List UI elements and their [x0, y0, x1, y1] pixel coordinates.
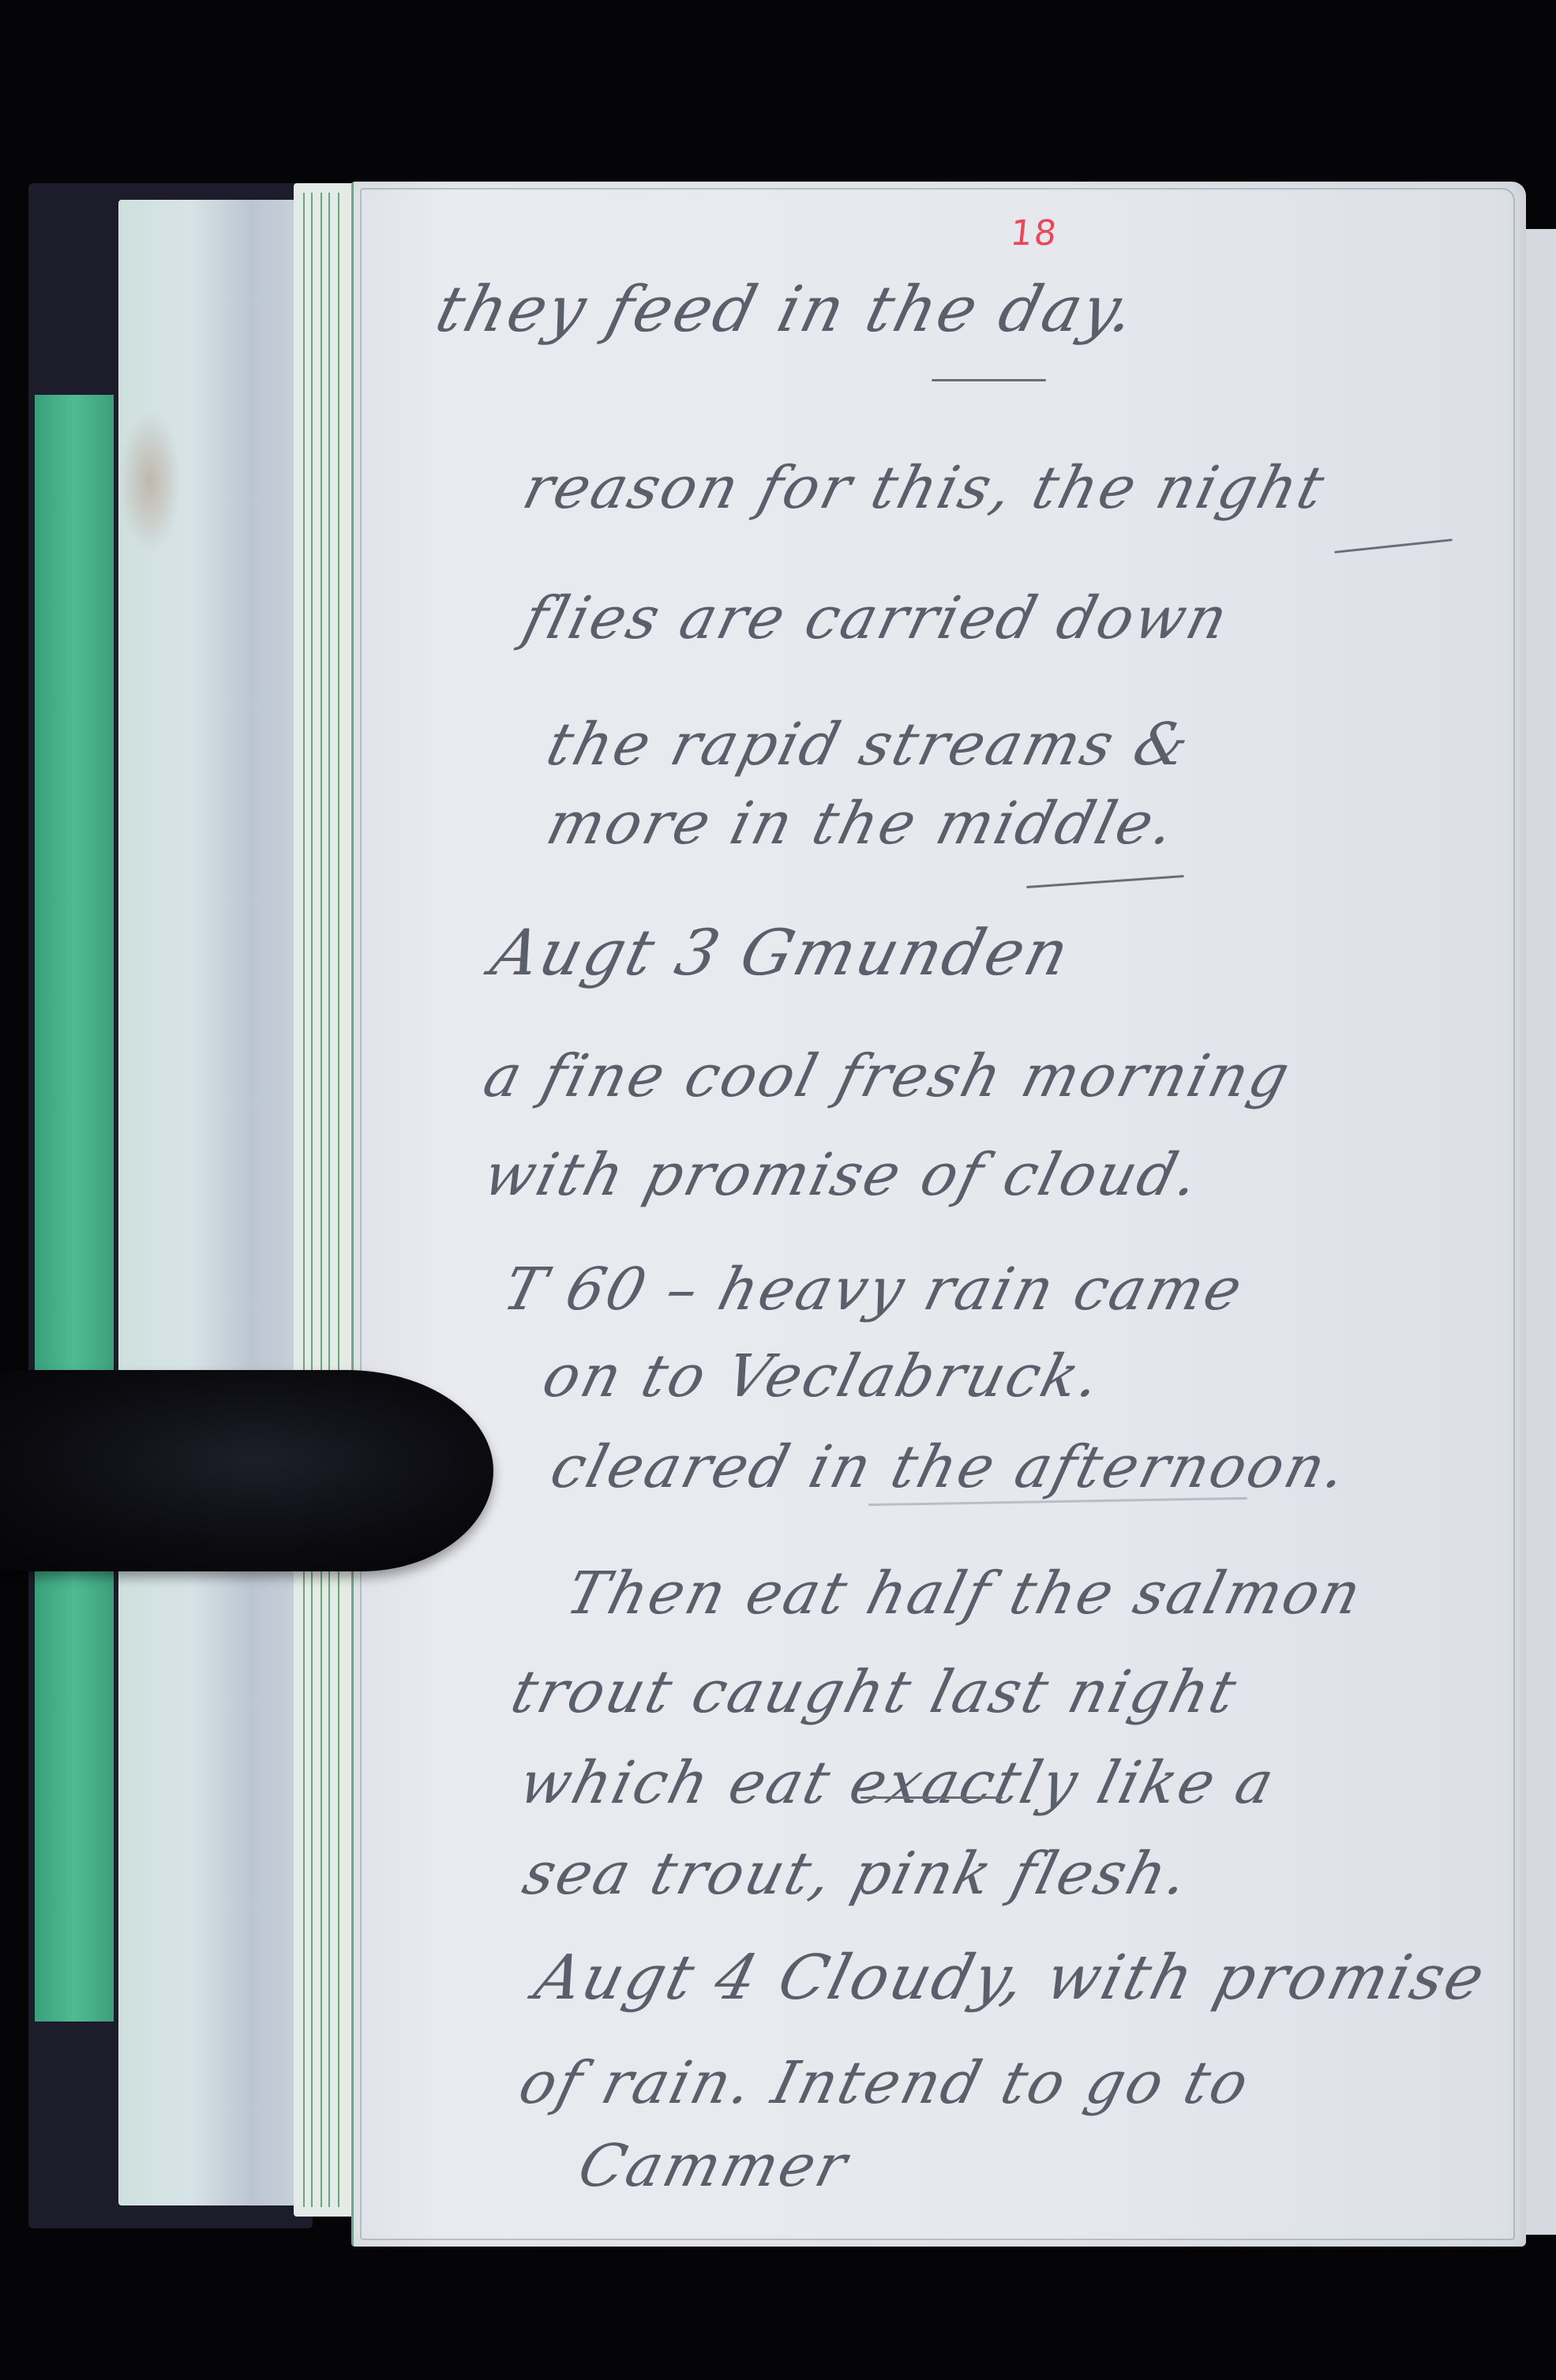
page-edge [328, 193, 330, 2207]
line-4: the rapid streams & [540, 711, 1198, 779]
line-14: which eat exactly like a [512, 1749, 1282, 1817]
line-5: more in the middle. [540, 790, 1183, 858]
line-12: Then eat half the salmon [560, 1560, 1370, 1627]
line-18: Cammer [572, 2132, 856, 2200]
page-edge [303, 193, 305, 2207]
cover-green-binding [35, 395, 114, 2021]
page-edge [311, 193, 313, 2207]
line-10: on to Veclabruck. [536, 1342, 1109, 1410]
line-7: a fine cool fresh morning [477, 1042, 1298, 1110]
page-edge [321, 193, 322, 2207]
line-16-date-aug-4: Augt 4 Cloudy, with promise [528, 1943, 1494, 2014]
line-17: of rain. Intend to go to [512, 2049, 1257, 2117]
line-13: trout caught last night [504, 1658, 1245, 1726]
underline-exactly [860, 1796, 1003, 1799]
line-2: reason for this, the night [516, 454, 1333, 522]
underline-the [932, 379, 1046, 381]
line-3: flies are carried down [516, 584, 1236, 652]
line-6-date-aug-3: Augt 3 Gmunden [484, 916, 1078, 989]
line-11: cleared in the afternoon. [544, 1433, 1355, 1501]
folio-number: 18 [1008, 213, 1059, 253]
line-15: sea trout, pink flesh. [516, 1840, 1197, 1908]
facing-page-edge [1522, 229, 1556, 2235]
line-1: they feed in the day. [429, 272, 1145, 346]
line-8: with promise of cloud. [477, 1141, 1207, 1209]
foxing-stain [118, 411, 182, 553]
line-9: T 60 – heavy rain came [497, 1256, 1250, 1323]
gloved-finger [0, 1370, 493, 1571]
page-edge [338, 193, 339, 2207]
